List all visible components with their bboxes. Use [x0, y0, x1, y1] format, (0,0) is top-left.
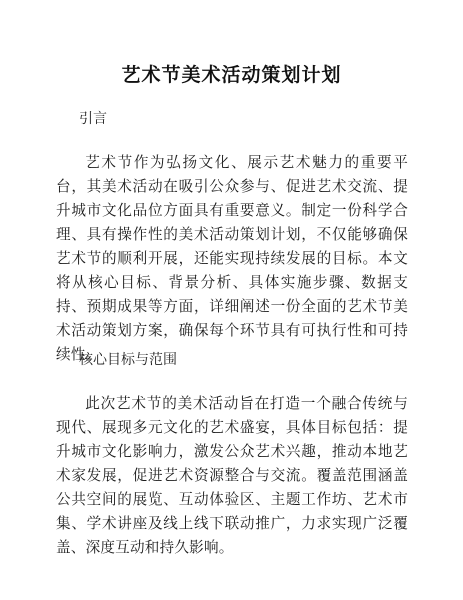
document-page: 艺术节美术活动策划计划 引言 艺术节作为弘扬文化、展示艺术魅力的重要平台，其美术… — [0, 0, 463, 600]
section-paragraph-goals-scope: 此次艺术节的美术活动旨在打造一个融合传统与现代、展现多元文化的艺术盛宴，具体目标… — [56, 392, 408, 560]
section-heading-goals-scope: 核心目标与范围 — [79, 349, 177, 369]
document-title: 艺术节美术活动策划计划 — [0, 60, 463, 87]
section-heading-introduction: 引言 — [79, 108, 107, 128]
section-paragraph-introduction: 艺术节作为弘扬文化、展示艺术魅力的重要平台，其美术活动在吸引公众参与、促进艺术交… — [56, 151, 408, 367]
